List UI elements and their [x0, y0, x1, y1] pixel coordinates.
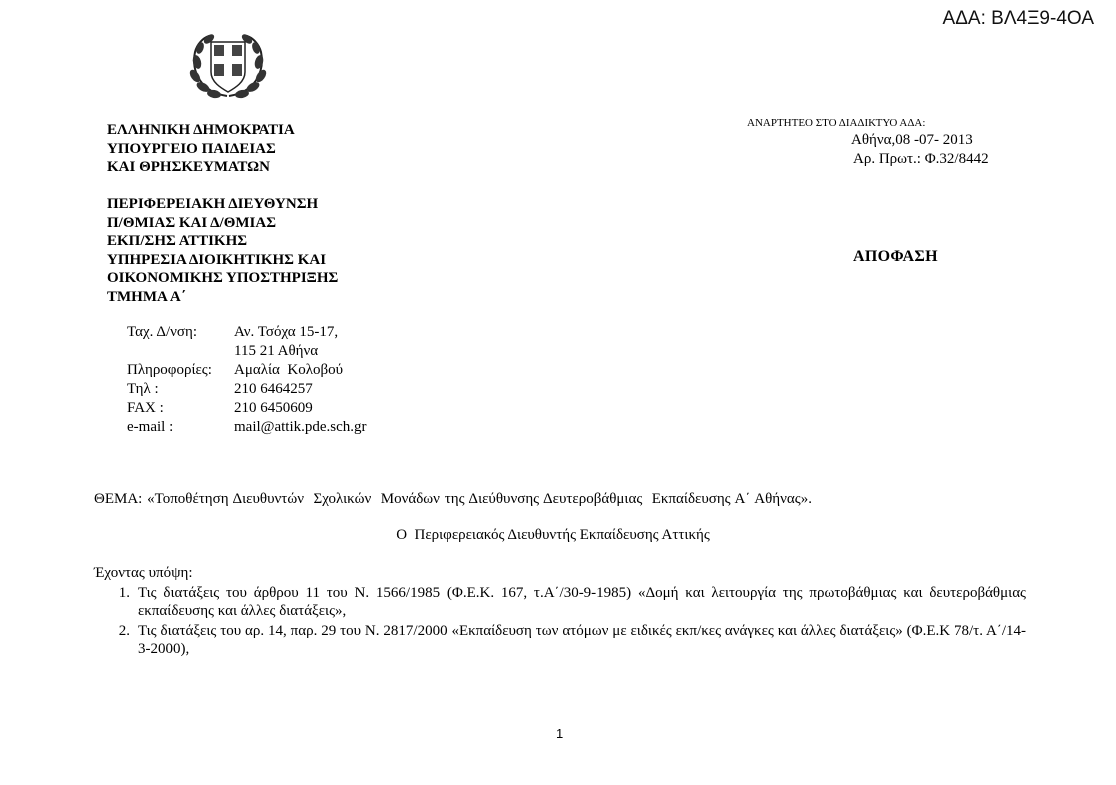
contact-row-address: Ταχ. Δ/νση:Αν. Τσόχα 15-17,	[127, 323, 367, 342]
contact-row-fax: FAX :210 6450609	[127, 399, 367, 418]
contact-block: Ταχ. Δ/νση:Αν. Τσόχα 15-17, 115 21 Αθήνα…	[127, 323, 367, 437]
email-link[interactable]: mail@attik.pde.sch.gr	[234, 418, 367, 437]
directorate-line: ΕΚΠ/ΣΗΣ ΑΤΤΙΚΗΣ	[107, 232, 338, 251]
ministry-line: ΕΛΛΗΝΙΚΗ ΔΗΜΟΚΡΑΤΙΑ	[107, 121, 295, 140]
contact-label: Πληροφορίες:	[127, 361, 234, 380]
contact-value: Αμαλία Κολοβού	[234, 361, 343, 380]
considerations-list: 1.Τις διατάξεις του άρθρου 11 του Ν. 156…	[94, 584, 1026, 660]
document-date: Αθήνα,08 -07- 2013	[851, 132, 973, 149]
contact-row-city: 115 21 Αθήνα	[127, 342, 367, 361]
list-item: 1.Τις διατάξεις του άρθρου 11 του Ν. 156…	[94, 584, 1026, 620]
list-item: 2.Τις διατάξεις του αρ. 14, παρ. 29 του …	[94, 622, 1026, 658]
contact-label: e-mail :	[127, 418, 234, 437]
contact-value: 210 6464257	[234, 380, 313, 399]
contact-value: Αν. Τσόχα 15-17,	[234, 323, 338, 342]
ministry-line: ΥΠΟΥΡΓΕΙΟ ΠΑΙΔΕΙΑΣ	[107, 140, 295, 159]
directorate-line: ΟΙΚΟΝΟΜΙΚΗΣ ΥΠΟΣΤΗΡΙΞΗΣ	[107, 269, 338, 288]
contact-value: 115 21 Αθήνα	[234, 342, 318, 361]
page-number: 1	[556, 726, 563, 741]
directorate-line: Π/ΘΜΙΑΣ ΚΑΙ Δ/ΘΜΙΑΣ	[107, 214, 338, 233]
ministry-header: ΕΛΛΗΝΙΚΗ ΔΗΜΟΚΡΑΤΙΑ ΥΠΟΥΡΓΕΙΟ ΠΑΙΔΕΙΑΣ Κ…	[107, 121, 295, 177]
contact-row-info: Πληροφορίες:Αμαλία Κολοβού	[127, 361, 367, 380]
contact-value: 210 6450609	[234, 399, 313, 418]
contact-row-email: e-mail :mail@attik.pde.sch.gr	[127, 418, 367, 437]
directorate-line: ΤΜΗΜΑ Α΄	[107, 288, 338, 307]
greek-coat-of-arms-icon	[187, 32, 269, 100]
contact-label: Ταχ. Δ/νση:	[127, 323, 234, 342]
ada-code: ΑΔΑ: ΒΛ4Ξ9-4ΟΑ	[943, 8, 1094, 30]
posting-note: ΑΝΑΡΤΗΤΕΟ ΣΤΟ ΔΙΑΔΙΚΤΥΟ ΑΔΑ:	[747, 117, 925, 129]
issuer-line: Ο Περιφερειακός Διευθυντής Εκπαίδευσης Α…	[0, 527, 1116, 544]
list-text: Τις διατάξεις του άρθρου 11 του Ν. 1566/…	[138, 584, 1026, 620]
document-type-title: ΑΠΟΦΑΣΗ	[853, 248, 938, 266]
list-number: 2.	[94, 622, 138, 658]
contact-row-phone: Τηλ :210 6464257	[127, 380, 367, 399]
ministry-line: ΚΑΙ ΘΡΗΣΚΕΥΜΑΤΩΝ	[107, 158, 295, 177]
contact-label: FAX :	[127, 399, 234, 418]
directorate-line: ΥΠΗΡΕΣΙΑ ΔΙΟΙΚΗΤΙΚΗΣ ΚΑΙ	[107, 251, 338, 270]
list-number: 1.	[94, 584, 138, 620]
considering-heading: Έχοντας υπόψη:	[94, 565, 193, 582]
protocol-number: Αρ. Πρωτ.: Φ.32/8442	[853, 151, 989, 168]
subject-line: ΘΕΜΑ: «Τοποθέτηση Διευθυντών Σχολικών Μο…	[94, 491, 812, 508]
contact-label	[127, 342, 234, 361]
directorate-header: ΠΕΡΙΦΕΡΕΙΑΚΗ ΔΙΕΥΘΥΝΣΗ Π/ΘΜΙΑΣ ΚΑΙ Δ/ΘΜΙ…	[107, 195, 338, 306]
issuer-text: Ο Περιφερειακός Διευθυντής Εκπαίδευσης Α…	[396, 527, 710, 543]
contact-label: Τηλ :	[127, 380, 234, 399]
list-text: Τις διατάξεις του αρ. 14, παρ. 29 του Ν.…	[138, 622, 1026, 658]
directorate-line: ΠΕΡΙΦΕΡΕΙΑΚΗ ΔΙΕΥΘΥΝΣΗ	[107, 195, 338, 214]
